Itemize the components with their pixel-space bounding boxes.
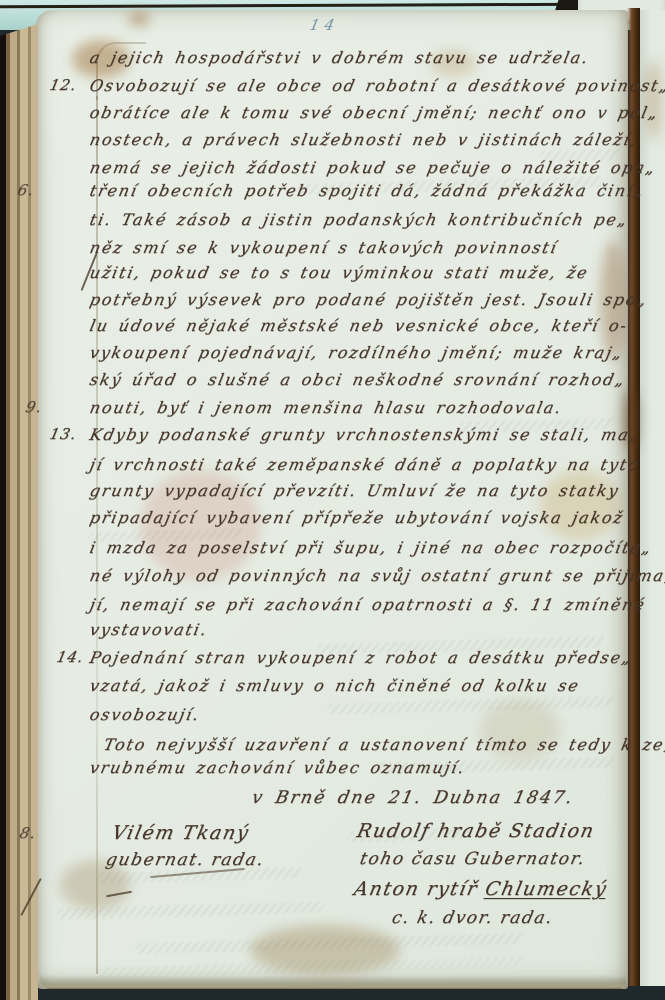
scanned-manuscript: 14 6. 9. 8. 12. 13. 14. a jejich hospodá… bbox=[0, 0, 665, 1000]
handwritten-line: osvobozují. bbox=[88, 705, 202, 724]
handwritten-line: nostech, a právech služebnosti neb v jis… bbox=[88, 130, 640, 149]
page-gutter bbox=[627, 8, 640, 986]
handwritten-line: i mzda za poselství při šupu, i jiné na … bbox=[88, 538, 654, 557]
handwritten-line: né výlohy od povinných na svůj ostatní g… bbox=[88, 566, 665, 585]
handwritten-line: užiti, pokud se to s tou výminkou stati … bbox=[88, 263, 591, 282]
paragraph-number: 13. bbox=[48, 425, 79, 443]
signature-right-title: toho času Gubernator. bbox=[358, 849, 588, 869]
paragraph-number: 14. bbox=[55, 648, 86, 666]
signature-right-name: Rudolf hrabě Stadion bbox=[355, 820, 597, 842]
handwritten-line: obrátíce ale k tomu své obecní jmění; ne… bbox=[88, 103, 661, 122]
handwritten-line: připadající vybavení přípřeže ubytování … bbox=[88, 508, 626, 527]
signature-right-name2-prefix: Anton rytíř bbox=[352, 878, 488, 900]
handwritten-line: jí vrchnosti také zeměpanské dáně a popl… bbox=[88, 455, 642, 474]
handwritten-line: Toto nejvyšší uzavření a ustanovení tímt… bbox=[102, 735, 665, 754]
dateline: v Brně dne 21. Dubna 1847. bbox=[250, 788, 576, 808]
signature-right-name2-surname: Chlumecký bbox=[483, 878, 609, 900]
handwritten-line: potřebný výsevek pro podané pojištěn jes… bbox=[88, 290, 649, 309]
handwritten-line: vrubnému zachování vůbec oznamují. bbox=[88, 758, 467, 777]
handwritten-line: grunty vypadající převzíti. Umluví že na… bbox=[88, 481, 621, 500]
handwritten-line: vykoupení pojednávají, rozdílného jmění;… bbox=[88, 343, 625, 362]
stain bbox=[128, 12, 150, 26]
handwritten-line: ský úřad o slušné a obci neškodné srovná… bbox=[88, 370, 627, 389]
handwritten-line: Osvobozují se ale obce od robotní a desá… bbox=[88, 76, 665, 95]
book-binding-edge bbox=[0, 24, 38, 1000]
signature-right-name2: Anton rytíř Chlumecký bbox=[352, 878, 609, 900]
handwritten-line: nouti, byť i jenom menšina hlasu rozhodo… bbox=[88, 398, 564, 417]
handwritten-line: a jejich hospodářstvi v dobrém stavu se … bbox=[88, 48, 591, 67]
paragraph-number: 12. bbox=[48, 76, 79, 94]
handwritten-line: vystavovati. bbox=[88, 620, 210, 639]
handwritten-line: lu údové nějaké městské neb vesnické obc… bbox=[88, 316, 630, 335]
stain bbox=[644, 60, 662, 140]
handwritten-line: nemá se jejich žádosti pokud se pečuje o… bbox=[88, 158, 658, 177]
handwritten-line: ti. Také zásob a jistin podanských kontr… bbox=[88, 210, 630, 229]
signature-left-title: gubernat. rada. bbox=[104, 850, 267, 870]
handwritten-line: tření obecních potřeb spojiti dá, žádná … bbox=[88, 181, 646, 200]
signature-right-title2: c. k. dvor. rada. bbox=[390, 908, 555, 928]
next-page-edge bbox=[640, 10, 665, 986]
handwritten-line: vzatá, jakož i smluvy o nich činěné od k… bbox=[88, 676, 582, 695]
handwritten-line: Pojednání stran vykoupení z robot a desá… bbox=[88, 648, 634, 667]
page-number: 14 bbox=[308, 16, 341, 34]
handwritten-line: něz smí se k vykoupení s takových povinn… bbox=[88, 238, 560, 257]
signature-left-name: Vilém Tkaný bbox=[110, 822, 252, 844]
handwritten-line: Kdyby podanské grunty vrchnostenskými se… bbox=[88, 425, 642, 444]
handwritten-line: jí, nemají se při zachování opatrnosti a… bbox=[88, 595, 648, 614]
